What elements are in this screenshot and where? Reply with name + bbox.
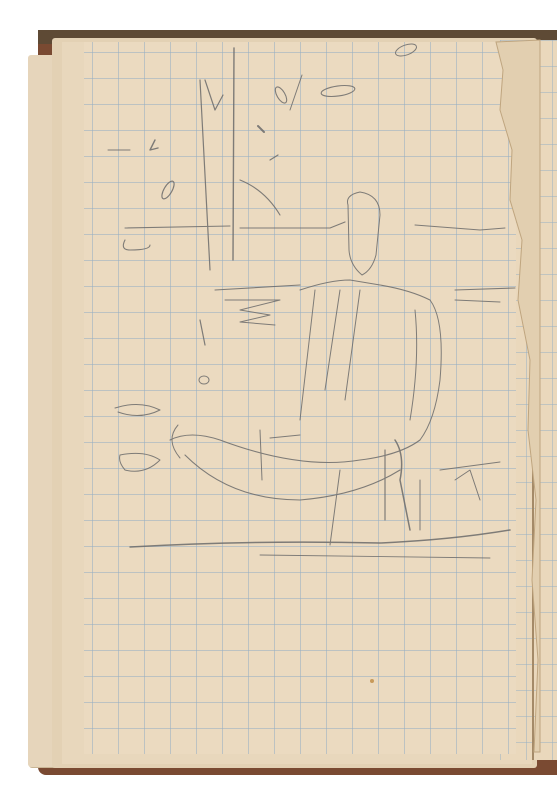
pencil-sketch [0, 0, 557, 800]
notebook-photo: Graph-paper sketchbook page with a penci… [0, 0, 557, 800]
